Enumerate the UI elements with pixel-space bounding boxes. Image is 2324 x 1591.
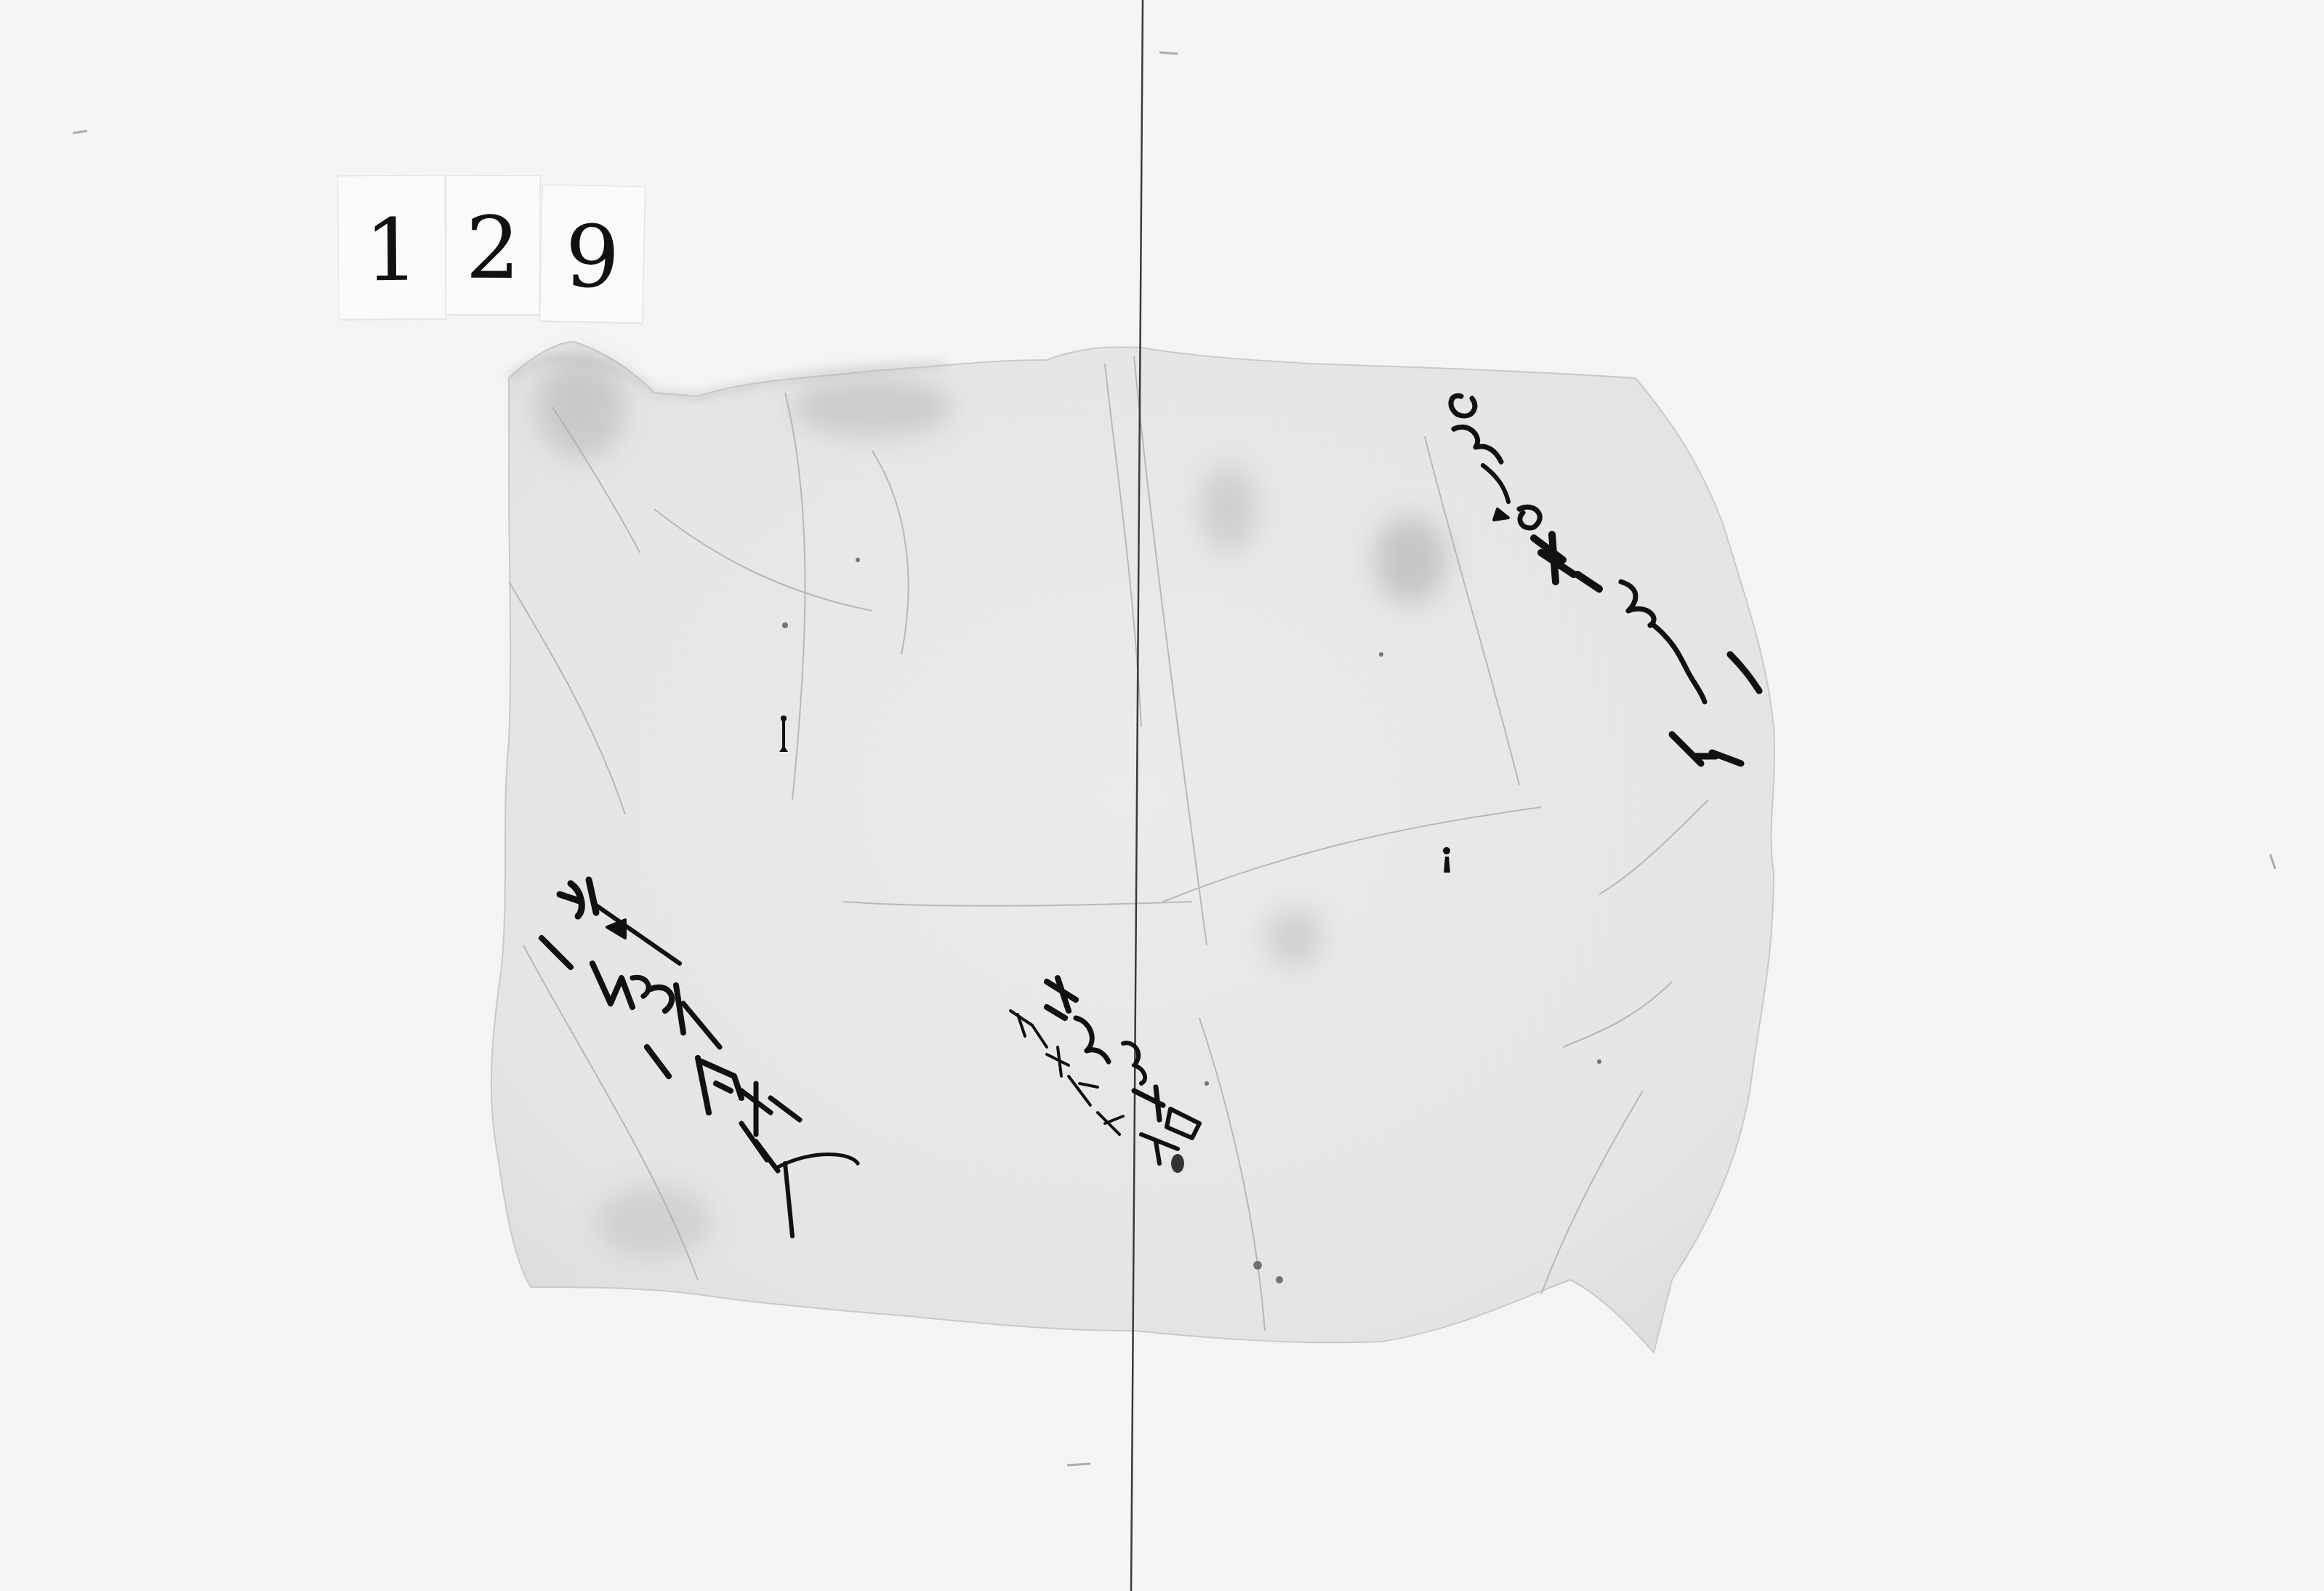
label-digit: 1 — [364, 207, 419, 294]
document-scan: 1 2 9 — [0, 0, 2324, 1591]
label-digit: 9 — [564, 213, 621, 300]
label-card-digit-2: 2 — [446, 176, 540, 315]
label-card-digit-1: 1 — [338, 175, 445, 318]
label-card-digit-3: 9 — [540, 185, 645, 323]
label-digit: 2 — [465, 205, 520, 291]
